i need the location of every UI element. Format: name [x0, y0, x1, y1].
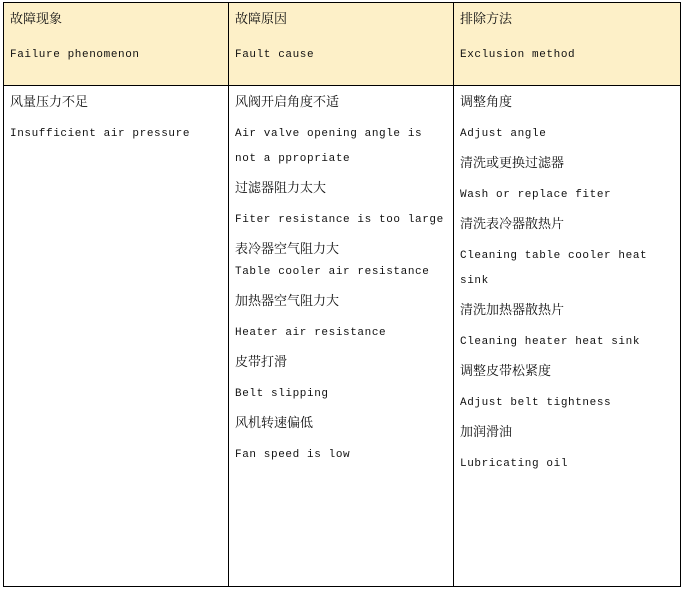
header-zh: 故障原因: [235, 11, 447, 28]
cause-item: 加热器空气阻力大 Heater air resistance: [235, 293, 447, 346]
method-zh: 清洗表冷器散热片: [460, 216, 674, 233]
header-row: 故障现象 Failure phenomenon 故障原因 Fault cause…: [4, 3, 681, 86]
cell-phenomenon: 风量压力不足 Insufficient air pressure: [4, 86, 229, 587]
method-zh: 调整皮带松紧度: [460, 363, 674, 380]
method-en: Cleaning heater heat sink: [460, 330, 674, 355]
cause-item: 过滤器阻力太大 Fiter resistance is too large: [235, 180, 447, 233]
table-row: 风量压力不足 Insufficient air pressure 风阀开启角度不…: [4, 86, 681, 587]
cause-en: Belt slipping: [235, 382, 447, 407]
cause-zh: 过滤器阻力太大: [235, 180, 447, 197]
cause-zh: 加热器空气阻力大: [235, 293, 447, 310]
cause-item: 表冷器空气阻力大 Table cooler air resistance: [235, 241, 447, 285]
header-zh: 故障现象: [10, 11, 222, 28]
header-exclusion-method: 排除方法 Exclusion method: [454, 3, 681, 86]
phenomenon-item: 风量压力不足 Insufficient air pressure: [10, 94, 222, 147]
cause-item: 风机转速偏低 Fan speed is low: [235, 415, 447, 468]
phenomenon-zh: 风量压力不足: [10, 94, 222, 111]
header-fault-cause: 故障原因 Fault cause: [229, 3, 454, 86]
cause-en: Table cooler air resistance: [235, 260, 447, 285]
cell-methods: 调整角度 Adjust angle 清洗或更换过滤器 Wash or repla…: [454, 86, 681, 587]
header-en: Failure phenomenon: [10, 43, 222, 68]
cause-zh: 皮带打滑: [235, 354, 447, 371]
method-item: 清洗表冷器散热片 Cleaning table cooler heat sink: [460, 216, 674, 294]
cause-item: 风阀开启角度不适 Air valve opening angle is not …: [235, 94, 447, 172]
cause-zh: 表冷器空气阻力大: [235, 241, 447, 258]
method-zh: 加润滑油: [460, 424, 674, 441]
method-item: 加润滑油 Lubricating oil: [460, 424, 674, 477]
method-item: 清洗或更换过滤器 Wash or replace fiter: [460, 155, 674, 208]
method-en: Adjust angle: [460, 122, 674, 147]
method-item: 调整角度 Adjust angle: [460, 94, 674, 147]
method-zh: 调整角度: [460, 94, 674, 111]
method-en: Adjust belt tightness: [460, 391, 674, 416]
cell-causes: 风阀开启角度不适 Air valve opening angle is not …: [229, 86, 454, 587]
header-zh: 排除方法: [460, 11, 674, 28]
cause-en: Air valve opening angle is not a ppropri…: [235, 122, 447, 172]
cause-en: Heater air resistance: [235, 321, 447, 346]
cause-en: Fiter resistance is too large: [235, 208, 447, 233]
cause-zh: 风机转速偏低: [235, 415, 447, 432]
method-item: 调整皮带松紧度 Adjust belt tightness: [460, 363, 674, 416]
phenomenon-en: Insufficient air pressure: [10, 122, 222, 147]
method-zh: 清洗或更换过滤器: [460, 155, 674, 172]
method-item: 清洗加热器散热片 Cleaning heater heat sink: [460, 302, 674, 355]
cause-zh: 风阀开启角度不适: [235, 94, 447, 111]
method-en: Cleaning table cooler heat sink: [460, 244, 674, 294]
method-en: Lubricating oil: [460, 452, 674, 477]
cause-item: 皮带打滑 Belt slipping: [235, 354, 447, 407]
fault-table: 故障现象 Failure phenomenon 故障原因 Fault cause…: [3, 2, 681, 587]
method-zh: 清洗加热器散热片: [460, 302, 674, 319]
cause-en: Fan speed is low: [235, 443, 447, 468]
method-en: Wash or replace fiter: [460, 183, 674, 208]
header-en: Fault cause: [235, 43, 447, 68]
header-en: Exclusion method: [460, 43, 674, 68]
header-failure-phenomenon: 故障现象 Failure phenomenon: [4, 3, 229, 86]
